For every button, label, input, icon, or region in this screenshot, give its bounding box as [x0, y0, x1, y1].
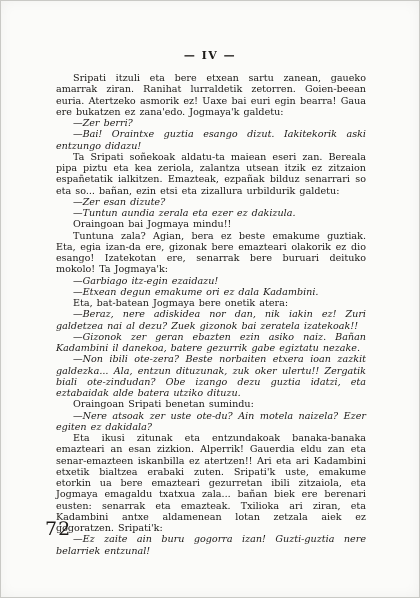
- paragraph: —Etxean degun emakume ori ez dala Kadamb…: [56, 287, 366, 298]
- paragraph: —Nere atsoak zer uste ote-du? Ain motela…: [56, 411, 366, 434]
- paragraph: Sripati itzuli eta bere etxean sartu zan…: [56, 73, 366, 118]
- paragraph: —Bai! Oraintxe guztia esango dizut. Iaki…: [56, 129, 366, 152]
- paragraph: —Gizonok zer geran ebazten ezin asiko na…: [56, 332, 366, 355]
- paragraph: Ta Sripati soñekoak aldatu-ta maiean ese…: [56, 152, 366, 197]
- paragraph: —Zer esan dizute?: [56, 197, 366, 208]
- paragraph: —Tuntun aundia zerala eta ezer ez dakizu…: [56, 208, 366, 219]
- paragraph: Tuntuna zala? Agian, bera ez beste emaku…: [56, 231, 366, 276]
- text-block: Sripati itzuli eta bere etxean sartu zan…: [56, 73, 366, 557]
- paragraph: Eta ikusi zitunak eta entzundakoak banak…: [56, 433, 366, 534]
- paragraph: —Non ibili ote-zera? Beste norbaiten etx…: [56, 354, 366, 399]
- paragraph: Eta, bat-batean Jogmaya bere onetik ater…: [56, 298, 366, 309]
- paragraph: —Beraz, nere adiskidea nor dan, nik iaki…: [56, 309, 366, 332]
- paragraph: —Ez zaite ain buru gogorra izan! Guzti-g…: [56, 534, 366, 557]
- paragraph: —Garbiago itz-egin ezaidazu!: [56, 276, 366, 287]
- book-page: — IV — Sripati itzuli eta bere etxean sa…: [0, 0, 420, 598]
- paragraph: —Zer berri?: [56, 118, 366, 129]
- chapter-heading: — IV —: [0, 49, 420, 62]
- paragraph: Oraingoan bai Jogmaya mindu!!: [56, 219, 366, 230]
- page-number: 72: [45, 518, 71, 540]
- paragraph: Oraingoan Sripati benetan sumindu:: [56, 399, 366, 410]
